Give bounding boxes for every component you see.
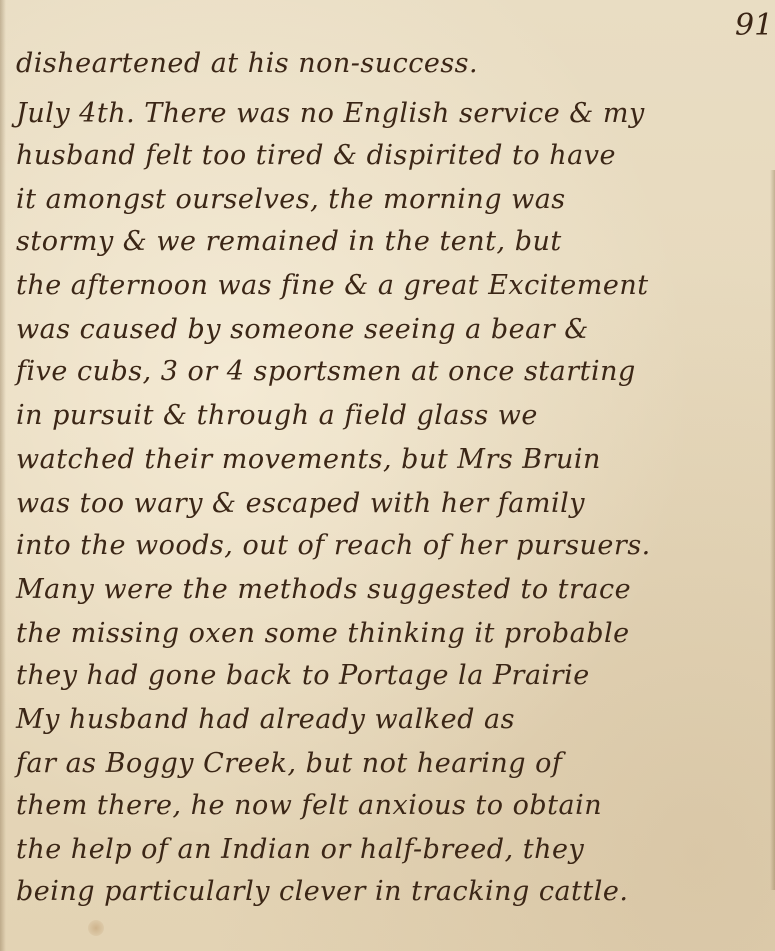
text-line-2: July 4th. There was no English service &… [16,98,645,129]
text-line-15: they had gone back to Portage la Prairie [16,660,590,691]
page-right-edge-shadow [770,170,775,890]
text-line-18: them there, he now felt anxious to obtai… [16,790,602,821]
text-line-16: My husband had already walked as [16,704,515,735]
text-line-1: disheartened at his non-success. [16,48,478,79]
paper-stain [88,920,104,936]
text-line-5: stormy & we remained in the tent, but [16,226,562,257]
text-line-12: into the woods, out of reach of her purs… [16,530,651,561]
text-line-11: was too wary & escaped with her family [16,488,585,519]
text-line-20: being particularly clever in tracking ca… [16,876,628,907]
manuscript-page: 91 disheartened at his non-success. July… [0,0,775,951]
text-line-7: was caused by someone seeing a bear & [16,314,589,345]
text-line-10: watched their movements, but Mrs Bruin [16,444,601,475]
text-line-19: the help of an Indian or half-breed, the… [16,834,584,865]
text-line-17: far as Boggy Creek, but not hearing of [16,748,562,779]
text-line-4: it amongst ourselves, the morning was [16,184,566,215]
text-line-13: Many were the methods suggested to trace [16,574,631,605]
page-number: 91 [735,8,773,43]
page-left-edge-shadow [0,0,6,951]
text-line-3: husband felt too tired & dispirited to h… [16,140,616,171]
text-line-14: the missing oxen some thinking it probab… [16,618,630,649]
text-line-9: in pursuit & through a field glass we [16,400,538,431]
text-line-6: the afternoon was fine & a great Excitem… [16,270,649,301]
text-line-8: five cubs, 3 or 4 sportsmen at once star… [16,356,636,387]
